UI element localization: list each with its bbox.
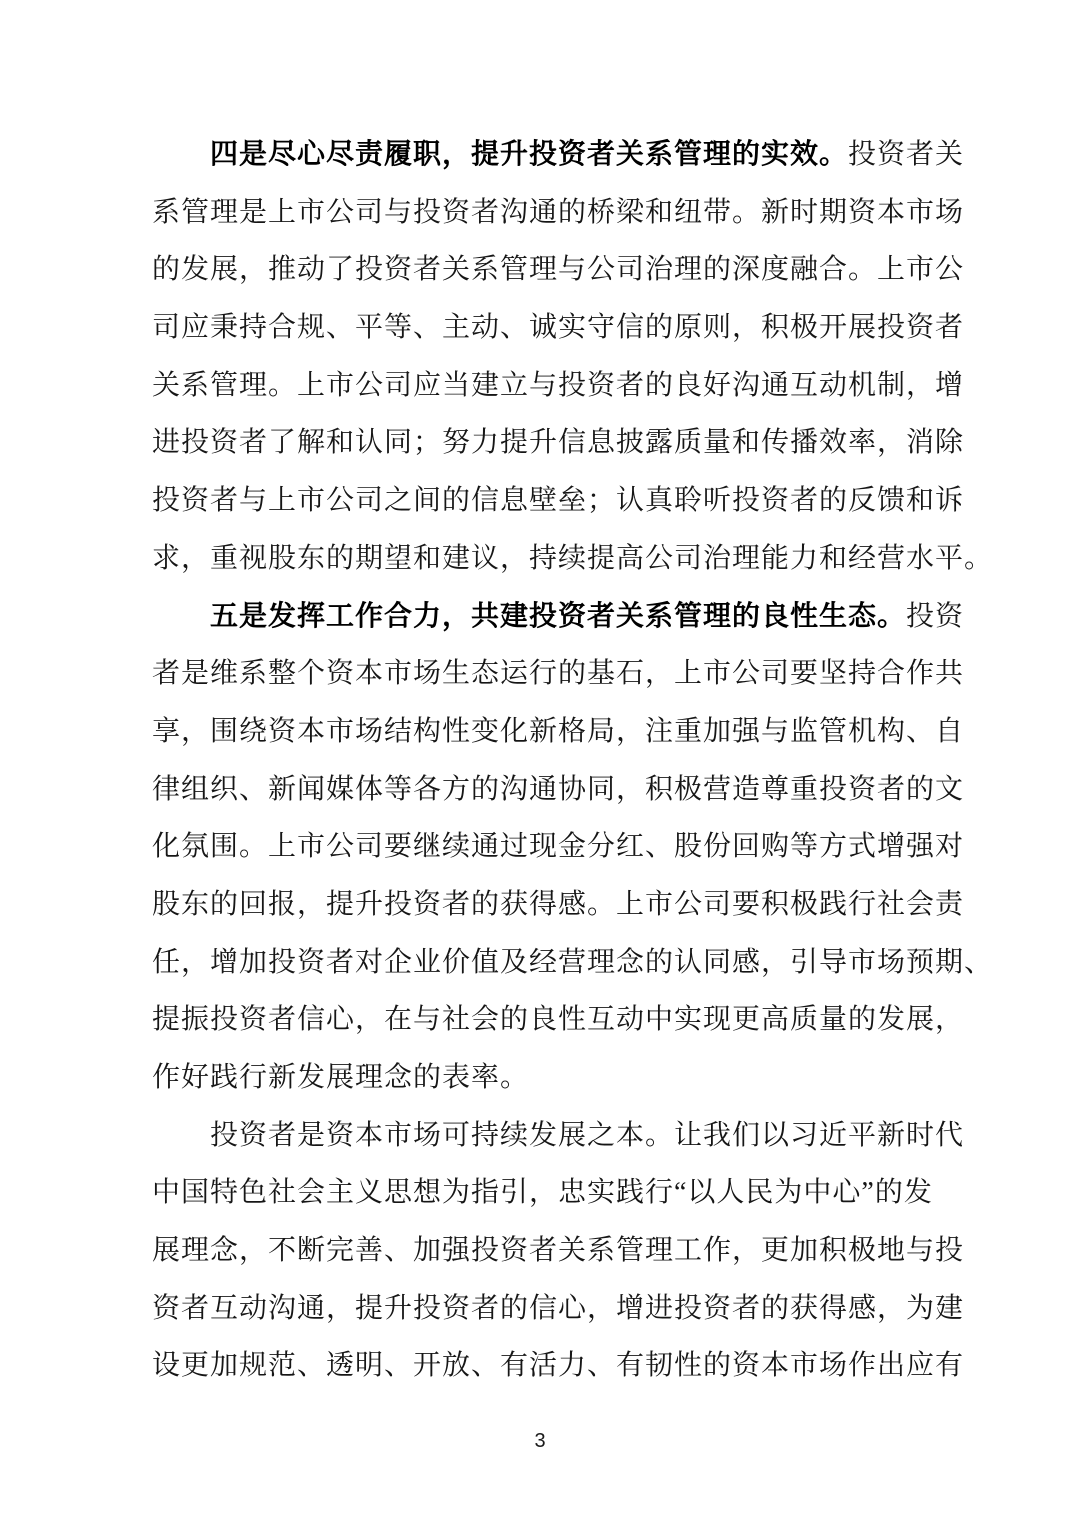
line-text: 投资者关 — [848, 139, 964, 170]
text-line: 求，重视股东的期望和建议，持续提高公司治理能力和经营水平。 — [152, 530, 993, 588]
text-line: 系管理是上市公司与投资者沟通的桥梁和纽带。新时期资本市场 — [152, 184, 993, 242]
text-line: 投资者是资本市场可持续发展之本。让我们以习近平新时代 — [152, 1107, 993, 1165]
line-text: 司应秉持合规、平等、主动、诚实守信的原则，积极开展投资者 — [152, 312, 964, 343]
line-text: 系管理是上市公司与投资者沟通的桥梁和纽带。新时期资本市场 — [152, 197, 964, 228]
line-text: 提振投资者信心，在与社会的良性互动中实现更高质量的发展， — [152, 1004, 964, 1035]
text-line: 的发展，推动了投资者关系管理与公司治理的深度融合。上市公 — [152, 241, 993, 299]
text-line: 展理念，不断完善、加强投资者关系管理工作，更加积极地与投 — [152, 1222, 993, 1280]
line-text: 资者互动沟通，提升投资者的信心，增进投资者的获得感，为建 — [152, 1293, 964, 1324]
text-line: 四是尽心尽责履职，提升投资者关系管理的实效。投资者关 — [152, 126, 993, 184]
line-text: 者是维系整个资本市场生态运行的基石，上市公司要坚持合作共 — [152, 658, 964, 689]
text-line: 化氛围。上市公司要继续通过现金分红、股份回购等方式增强对 — [152, 818, 993, 876]
line-text: 关系管理。上市公司应当建立与投资者的良好沟通互动机制，增 — [152, 370, 964, 401]
line-text: 求，重视股东的期望和建议，持续提高公司治理能力和经营水平。 — [152, 543, 993, 574]
line-text: 任，增加投资者对企业价值及经营理念的认同感，引导市场预期、 — [152, 947, 993, 978]
text-line: 享，围绕资本市场结构性变化新格局，注重加强与监管机构、自 — [152, 703, 993, 761]
line-text: 化氛围。上市公司要继续通过现金分红、股份回购等方式增强对 — [152, 831, 964, 862]
text-line: 设更加规范、透明、开放、有活力、有韧性的资本市场作出应有 — [152, 1337, 993, 1395]
text-line: 律组织、新闻媒体等各方的沟通协同，积极营造尊重投资者的文 — [152, 761, 993, 819]
text-line: 作好践行新发展理念的表率。 — [152, 1049, 993, 1107]
line-text: 投资者与上市公司之间的信息壁垒；认真聆听投资者的反馈和诉 — [152, 485, 964, 516]
text-line: 任，增加投资者对企业价值及经营理念的认同感，引导市场预期、 — [152, 934, 993, 992]
text-line: 提振投资者信心，在与社会的良性互动中实现更高质量的发展， — [152, 991, 993, 1049]
text-line: 五是发挥工作合力，共建投资者关系管理的良性生态。投资 — [152, 588, 993, 646]
text-line: 中国特色社会主义思想为指引，忠实践行“以人民为中心”的发 — [152, 1164, 993, 1222]
bold-lead-in: 五是发挥工作合力，共建投资者关系管理的良性生态。 — [210, 601, 906, 632]
text-line: 股东的回报，提升投资者的获得感。上市公司要积极践行社会责 — [152, 876, 993, 934]
text-line: 司应秉持合规、平等、主动、诚实守信的原则，积极开展投资者 — [152, 299, 993, 357]
line-text: 中国特色社会主义思想为指引，忠实践行“以人民为中心”的发 — [152, 1177, 933, 1208]
line-text: 设更加规范、透明、开放、有活力、有韧性的资本市场作出应有 — [152, 1350, 964, 1381]
bold-lead-in: 四是尽心尽责履职，提升投资者关系管理的实效。 — [210, 139, 848, 170]
line-text: 进投资者了解和认同；努力提升信息披露质量和传播效率，消除 — [152, 427, 964, 458]
document-page: 四是尽心尽责履职，提升投资者关系管理的实效。投资者关系管理是上市公司与投资者沟通… — [0, 0, 1080, 1538]
line-text: 股东的回报，提升投资者的获得感。上市公司要积极践行社会责 — [152, 889, 964, 920]
text-line: 投资者与上市公司之间的信息壁垒；认真聆听投资者的反馈和诉 — [152, 472, 993, 530]
line-text: 享，围绕资本市场结构性变化新格局，注重加强与监管机构、自 — [152, 716, 964, 747]
text-line: 进投资者了解和认同；努力提升信息披露质量和传播效率，消除 — [152, 414, 993, 472]
page-number: 3 — [0, 1430, 1080, 1453]
text-line: 者是维系整个资本市场生态运行的基石，上市公司要坚持合作共 — [152, 645, 993, 703]
text-line: 关系管理。上市公司应当建立与投资者的良好沟通互动机制，增 — [152, 357, 993, 415]
line-text: 律组织、新闻媒体等各方的沟通协同，积极营造尊重投资者的文 — [152, 774, 964, 805]
line-text: 的发展，推动了投资者关系管理与公司治理的深度融合。上市公 — [152, 254, 964, 285]
line-text: 投资 — [906, 601, 964, 632]
line-text: 展理念，不断完善、加强投资者关系管理工作，更加积极地与投 — [152, 1235, 964, 1266]
line-text: 投资者是资本市场可持续发展之本。让我们以习近平新时代 — [210, 1120, 964, 1151]
line-text: 作好践行新发展理念的表率。 — [152, 1062, 529, 1093]
text-line: 资者互动沟通，提升投资者的信心，增进投资者的获得感，为建 — [152, 1280, 993, 1338]
document-body: 四是尽心尽责履职，提升投资者关系管理的实效。投资者关系管理是上市公司与投资者沟通… — [152, 126, 993, 1395]
